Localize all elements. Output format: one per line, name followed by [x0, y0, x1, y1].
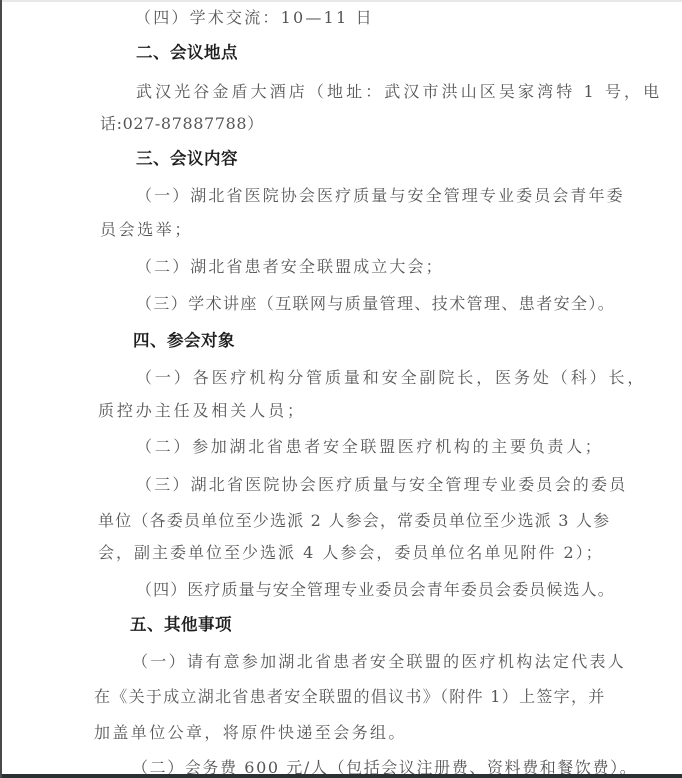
attendees-item-2: （二）参加湖北省患者安全联盟医疗机构的主要负责人；	[136, 437, 604, 457]
attendees-item-3-line-1: （三）湖北省医院协会医疗质量与安全管理专业委员会的委员	[136, 475, 627, 495]
document-page: （四）学术交流：10—11 日 二、会议地点 武汉光谷金盾大酒店（地址：武汉市洪…	[0, 0, 682, 778]
section-heading-content: 三、会议内容	[136, 149, 238, 169]
venue-text-line-2: 话:027-87887788）	[100, 114, 264, 134]
other-item-1-line-2: 在《关于成立湖北省患者安全联盟的倡议书》（附件 1）上签字，并	[94, 687, 606, 707]
attendees-item-1-line-1: （一）各医疗机构分管质量和安全副院长，医务处（科）长，	[136, 368, 646, 388]
section-heading-venue: 二、会议地点	[136, 43, 238, 63]
content-item-2: （二）湖北省患者安全联盟成立大会；	[136, 257, 444, 277]
content-item-3: （三）学术讲座（互联网与质量管理、技术管理、患者安全）。	[136, 294, 615, 314]
other-item-1-line-1: （一）请有意参加湖北省患者安全联盟的医疗机构法定代表人	[132, 652, 626, 672]
attendees-item-3-line-2: 单位（各委员单位至少选派 2 人参会，常委员单位至少选派 3 人参	[98, 511, 610, 531]
bottom-edge-bar	[2, 774, 682, 778]
venue-text-line-1: 武汉光谷金盾大酒店（地址：武汉市洪山区吴家湾特 1 号，电	[136, 82, 662, 102]
schedule-item-academic-exchange: （四）学术交流：10—11 日	[135, 8, 374, 28]
content-item-1-line-2: 员会选举；	[100, 220, 193, 240]
other-item-1-line-3: 加盖单位公章，将原件快递至会务组。	[94, 723, 407, 743]
section-heading-attendees: 四、参会对象	[133, 331, 235, 351]
attendees-item-4: （四）医疗质量与安全管理专业委员会青年委员会委员候选人。	[136, 580, 615, 600]
attendees-item-3-line-3: 会，副主委单位至少选派 4 人参会，委员单位名单见附件 2）；	[98, 543, 604, 563]
content-item-1-line-1: （一）湖北省医院协会医疗质量与安全管理专业委员会青年委	[136, 186, 625, 206]
top-edge	[2, 0, 682, 2]
section-heading-other-matters: 五、其他事项	[130, 615, 232, 635]
attendees-item-1-line-2: 质控办主任及相关人员；	[98, 401, 306, 421]
